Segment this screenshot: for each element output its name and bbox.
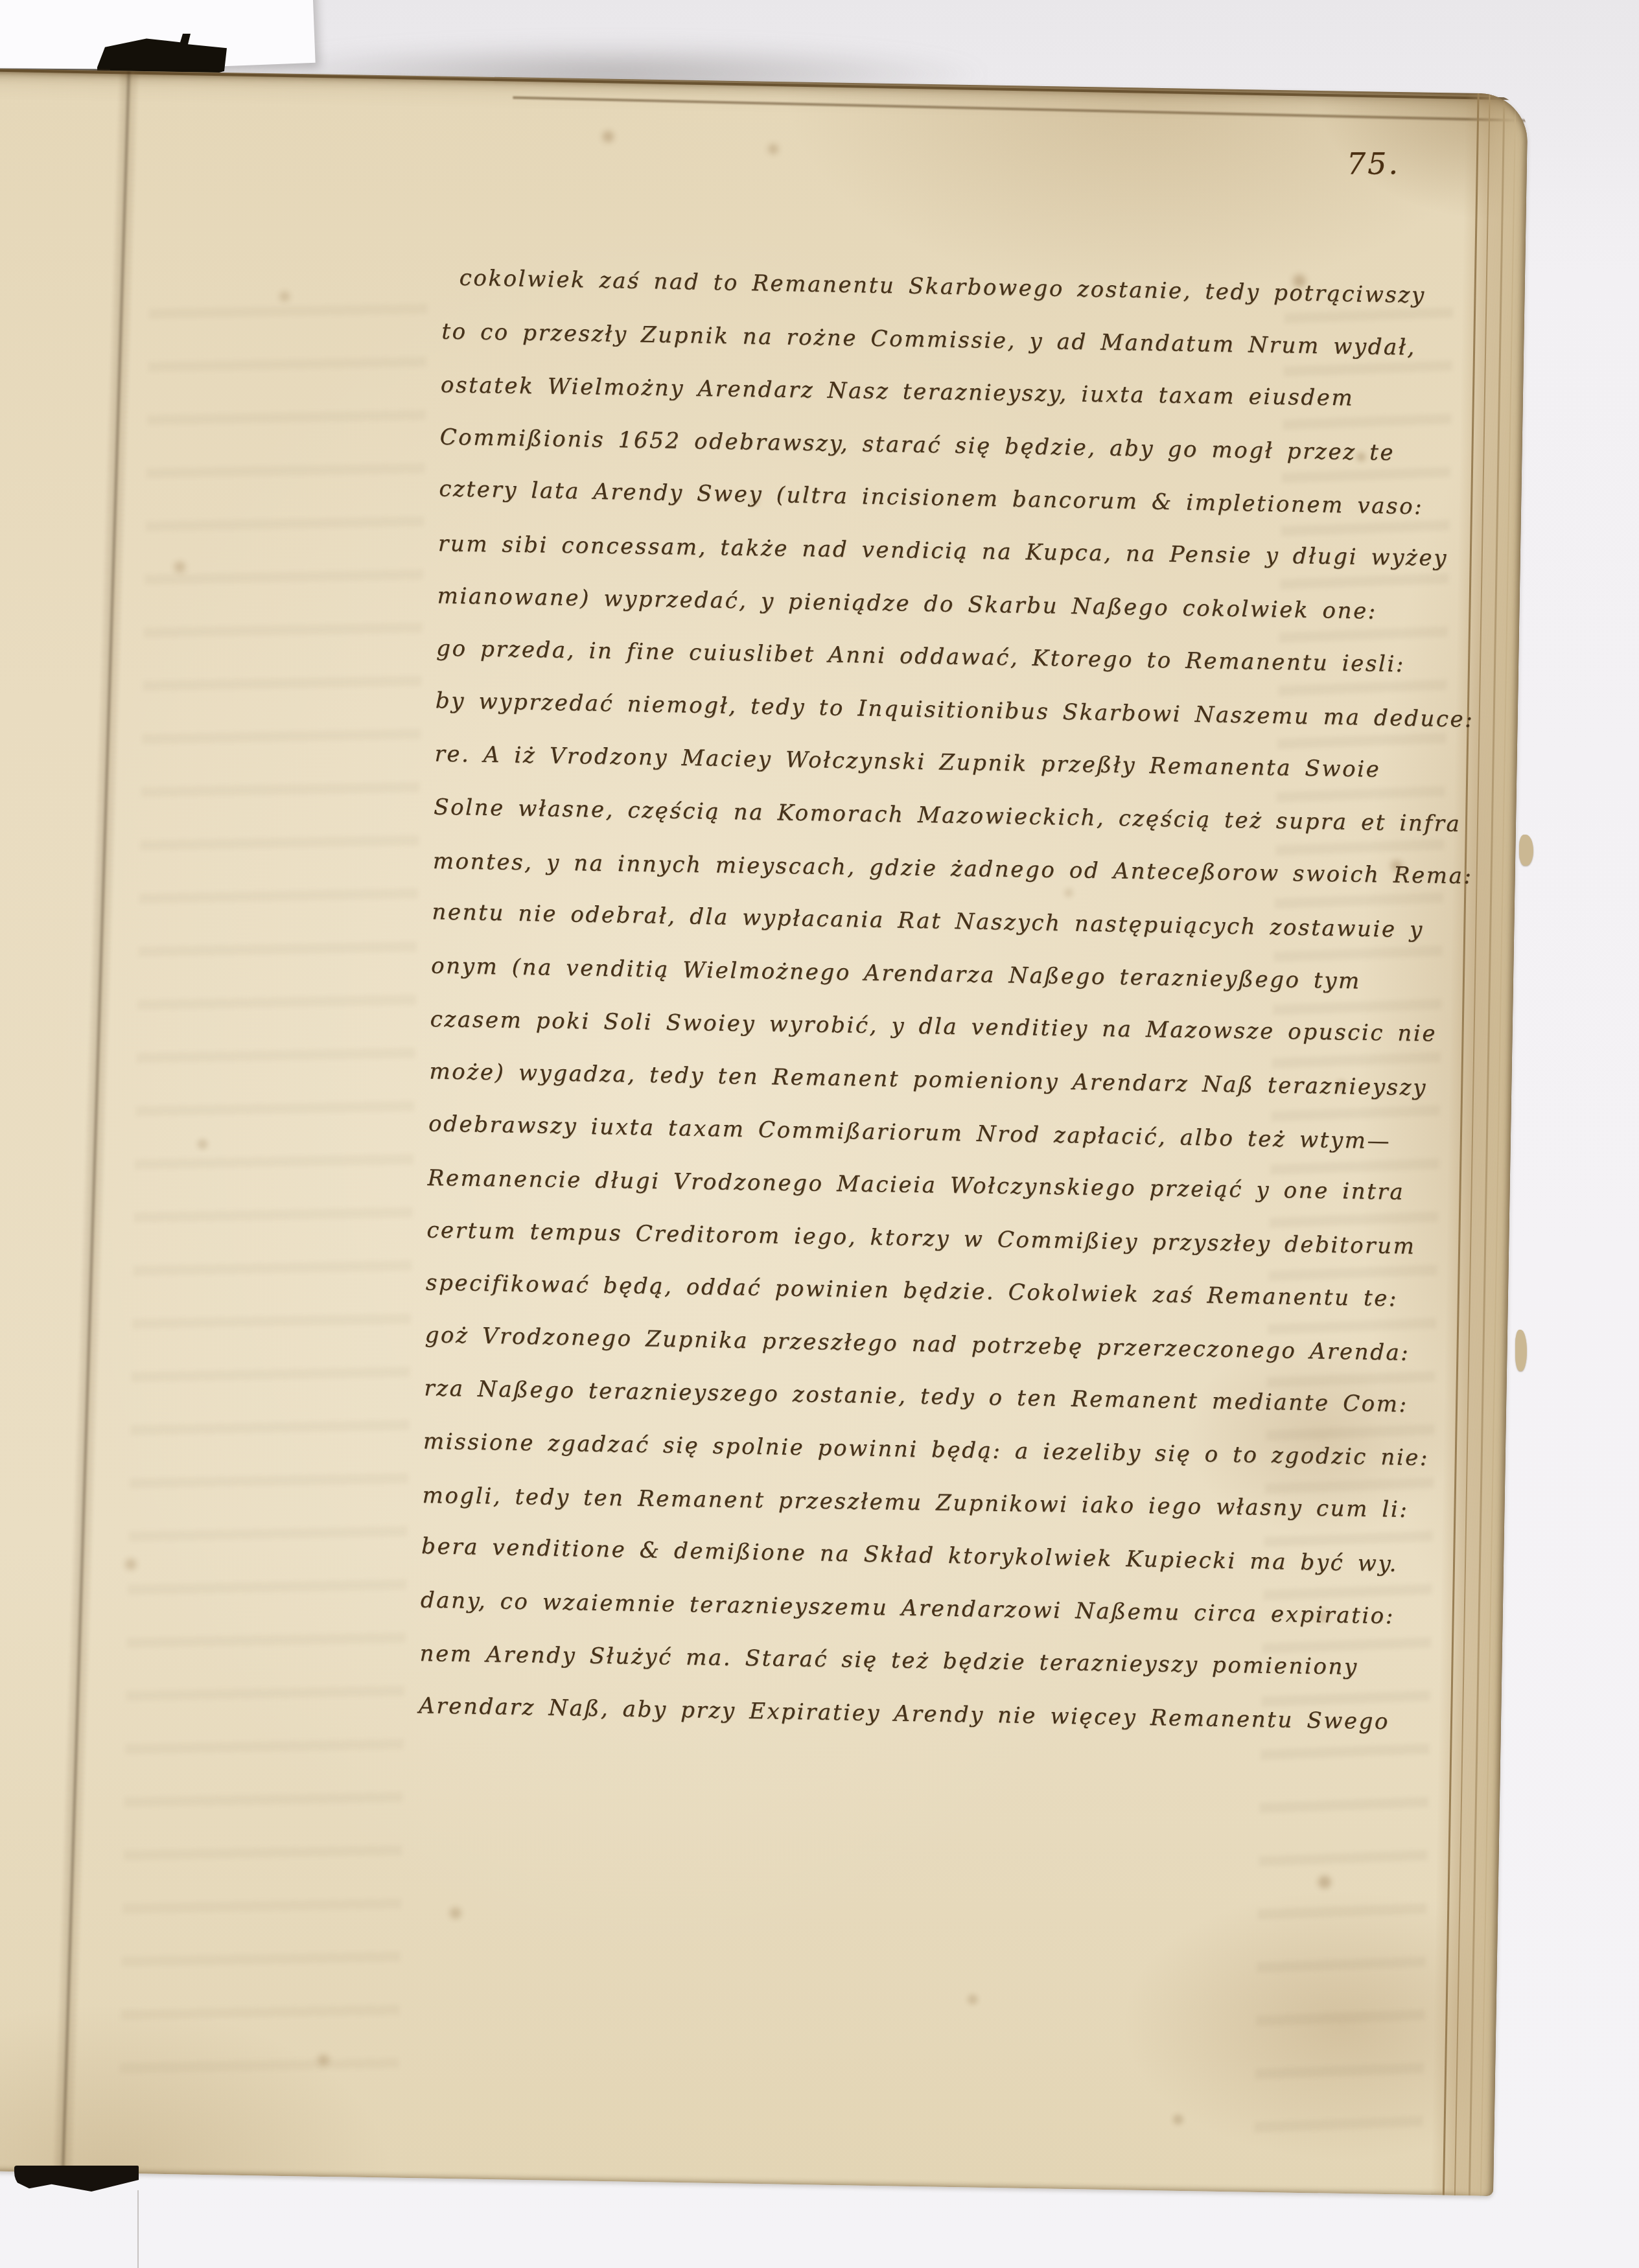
binding-bottom [14, 2166, 139, 2192]
torn-page-nub [1515, 1330, 1527, 1371]
sheet-edge-line [137, 2190, 139, 2268]
page-edge-stack [1431, 93, 1528, 2196]
showthrough-text-left [119, 279, 428, 2098]
manuscript-page: 75. cokolwiek zaś nad to Remanentu Skarb… [0, 69, 1528, 2196]
manuscript-text: cokolwiek zaś nad to Remanentu Skarboweg… [419, 253, 1364, 1748]
page-number: 75. [1347, 146, 1400, 181]
scanned-book-page: 75. cokolwiek zaś nad to Remanentu Skarb… [0, 0, 1639, 2268]
gutter-crease [52, 71, 140, 2172]
torn-page-nub [1519, 835, 1533, 866]
